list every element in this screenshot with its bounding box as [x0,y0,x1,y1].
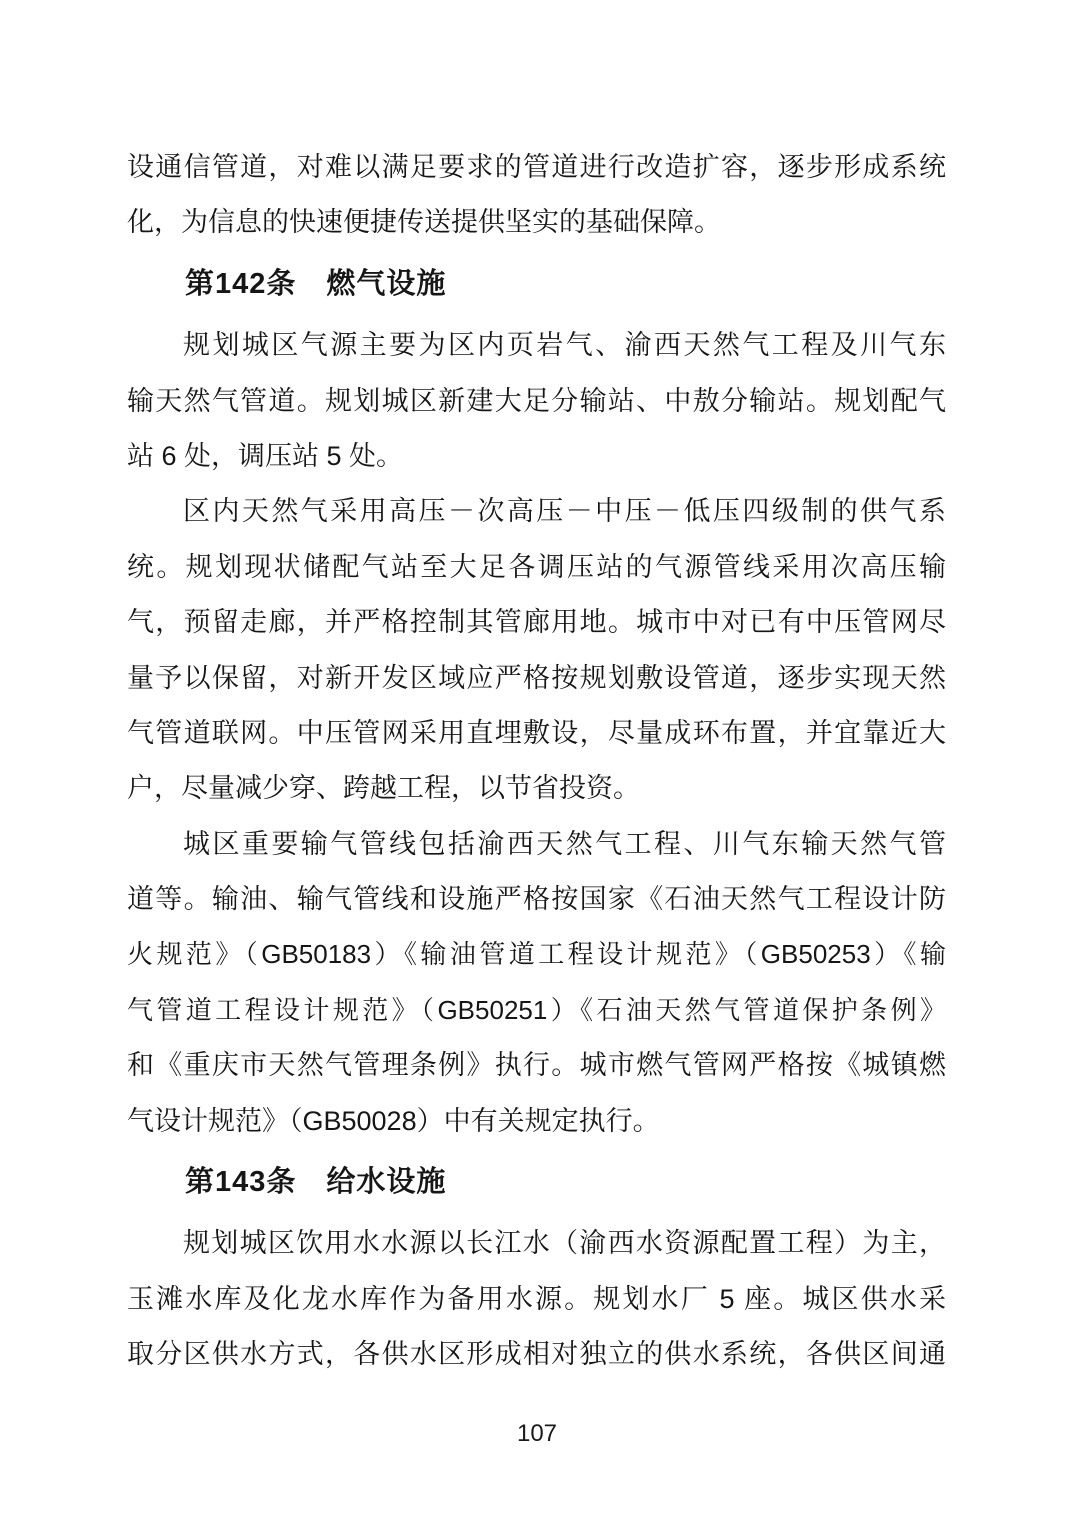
text-line: 城区重要输气管线包括渝西天然气工程、川气东输天然气管 [127,817,946,872]
document-body: 设通信管道，对难以满足要求的管道进行改造扩容，逐步形成系统 化，为信息的快速便捷… [127,140,946,1383]
text-line: 规划城区饮用水水源以长江水（渝西水资源配置工程）为主， [127,1216,946,1271]
text-line: 取分区供水方式，各供水区形成相对独立的供水系统，各供区间通 [127,1327,946,1382]
text-line: 火规范》（GB50183）《输油管道工程设计规范》（GB50253）《输 [127,927,946,982]
text-line: 站 6 处，调压站 5 处。 [127,429,946,484]
text-line: 气管道联网。中压管网采用直埋敷设，尽量成环布置，并宜靠近大 [127,706,946,761]
text-line: 气管道工程设计规范》（GB50251）《石油天然气管道保护条例》 [127,983,946,1038]
text-line: 统。规划现状储配气站至大足各调压站的气源管线采用次高压输 [127,540,946,595]
text-line: 区内天然气采用高压－次高压－中压－低压四级制的供气系 [127,484,946,539]
text-line: 输天然气管道。规划城区新建大足分输站、中敖分输站。规划配气 [127,374,946,429]
text-line: 和《重庆市天然气管理条例》执行。城市燃气管网严格按《城镇燃 [127,1038,946,1093]
text-line: 户，尽量减少穿、跨越工程，以节省投资。 [127,761,946,816]
text-line: 道等。输油、输气管线和设施严格按国家《石油天然气工程设计防 [127,872,946,927]
text-line: 气，预留走廊，并严格控制其管廊用地。城市中对已有中压管网尽 [127,595,946,650]
page-number: 107 [0,1420,1074,1448]
text-line: 玉滩水库及化龙水库作为备用水源。规划水厂 5 座。城区供水采 [127,1272,946,1327]
text-line: 化，为信息的快速便捷传送提供坚实的基础保障。 [127,195,946,250]
text-line: 设通信管道，对难以满足要求的管道进行改造扩容，逐步形成系统 [127,140,946,195]
article-142-heading: 第142条 燃气设施 [127,257,946,312]
text-line: 规划城区气源主要为区内页岩气、渝西天然气工程及川气东 [127,318,946,373]
text-line: 气设计规范》（GB50028）中有关规定执行。 [127,1094,946,1149]
text-line: 量予以保留，对新开发区域应严格按规划敷设管道，逐步实现天然 [127,651,946,706]
article-143-heading: 第143条 给水设施 [127,1155,946,1210]
document-page: 设通信管道，对难以满足要求的管道进行改造扩容，逐步形成系统 化，为信息的快速便捷… [0,0,1074,1520]
